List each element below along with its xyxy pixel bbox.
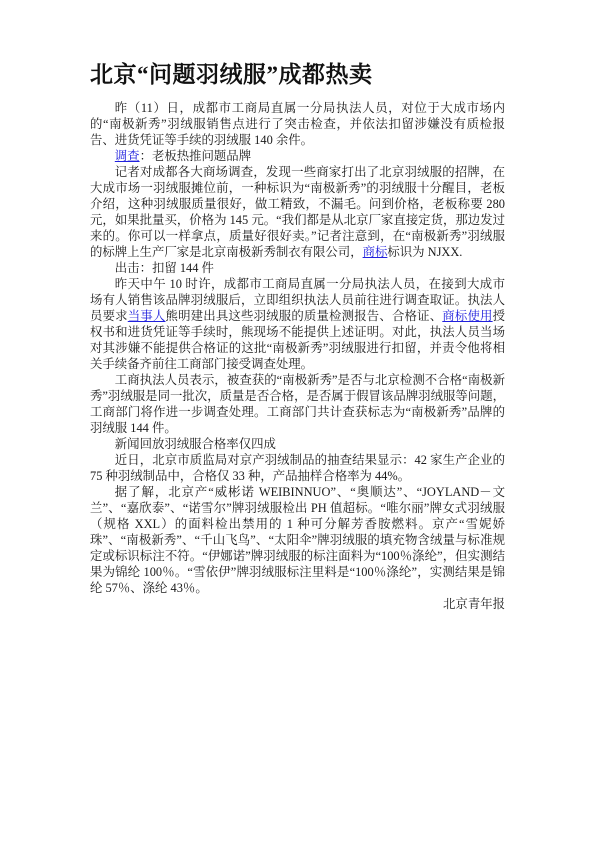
text-run: 据了解，北京产“威彬诺 WEIBINNUO”、“奥顺达”、“JOYLAND－文兰… (90, 485, 505, 595)
text-run: 熊明建出具这些羽绒服的质量检测报告、合格证、 (166, 309, 443, 323)
text-run: 新闻回放羽绒服合格率仅四成 (115, 437, 276, 451)
paragraph: 昨（11）日，成都市工商局直属一分局执法人员，对位于大成市场内的“南极新秀”羽绒… (90, 100, 505, 148)
text-run: 工商执法人员表示，被查获的“南极新秀”是否与北京检测不合格“南极新秀”羽绒服是同… (90, 373, 505, 435)
text-run: 昨（11）日，成都市工商局直属一分局执法人员，对位于大成市场内的“南极新秀”羽绒… (90, 101, 505, 147)
paragraph: 昨天中午 10 时许，成都市工商局直属一分局执法人员，在接到大成市场有人销售该品… (90, 276, 505, 372)
paragraph: 工商执法人员表示，被查获的“南极新秀”是否与北京检测不合格“南极新秀”羽绒服是同… (90, 372, 505, 436)
text-run: 出击：扣留 144 件 (115, 261, 214, 275)
source-attribution: 北京青年报 (90, 596, 505, 612)
paragraph: 新闻回放羽绒服合格率仅四成 (90, 436, 505, 452)
text-run: 近日，北京市质监局对京产羽绒制品的抽查结果显示：42 家生产企业的 75 种羽绒… (90, 453, 505, 483)
paragraph: 调查：老板热推问题品牌 (90, 148, 505, 164)
paragraph: 据了解，北京产“威彬诺 WEIBINNUO”、“奥顺达”、“JOYLAND－文兰… (90, 484, 505, 596)
paragraph: 出击：扣留 144 件 (90, 260, 505, 276)
article-body: 昨（11）日，成都市工商局直属一分局执法人员，对位于大成市场内的“南极新秀”羽绒… (90, 100, 505, 596)
inline-link[interactable]: 商标 (363, 245, 388, 259)
paragraph: 记者对成都各大商场调查，发现一些商家打出了北京羽绒服的招牌，在大成市场一羽绒服摊… (90, 164, 505, 260)
article-title: 北京“问题羽绒服”成都热卖 (90, 60, 505, 90)
text-run: ：老板热推问题品牌 (140, 149, 252, 163)
text-run: 标识为 NJXX. (387, 245, 462, 259)
inline-link[interactable]: 当事人 (128, 309, 166, 323)
paragraph: 近日，北京市质监局对京产羽绒制品的抽查结果显示：42 家生产企业的 75 种羽绒… (90, 452, 505, 484)
inline-link[interactable]: 调查 (115, 149, 140, 163)
document-page: 北京“问题羽绒服”成都热卖 昨（11）日，成都市工商局直属一分局执法人员，对位于… (0, 0, 595, 842)
inline-link[interactable]: 商标使用 (442, 309, 492, 323)
